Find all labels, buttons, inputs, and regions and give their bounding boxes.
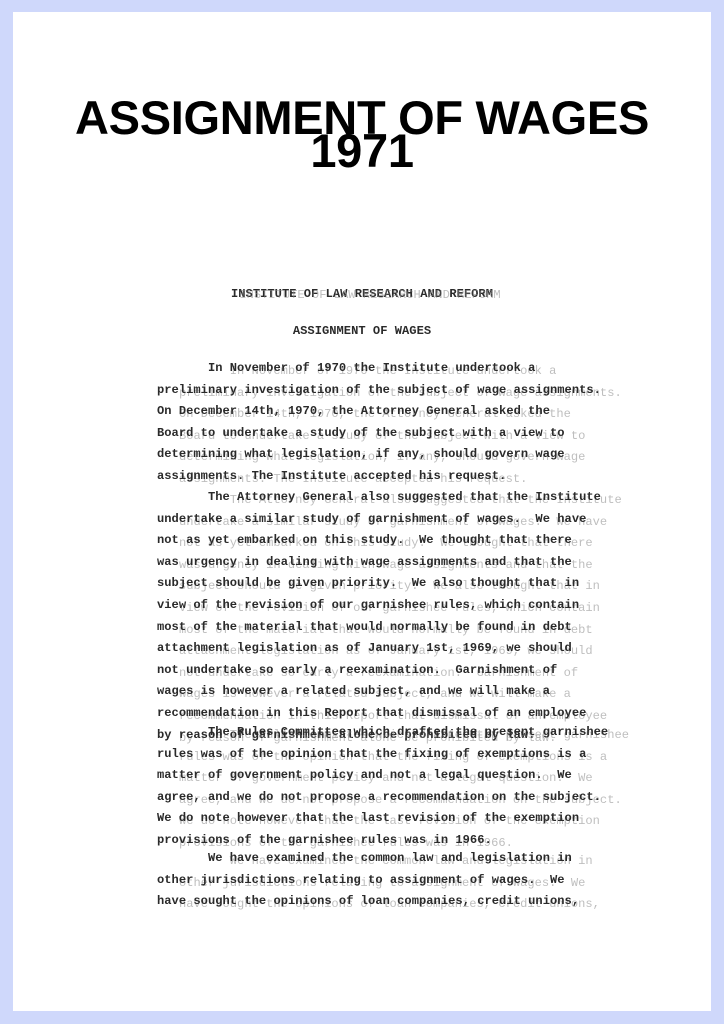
typed-line: Board to undertake a study of the subjec… — [157, 426, 565, 440]
typed-line: agree, and we do not propose a recommend… — [157, 790, 601, 804]
typed-line: The Rules Committee which drafted the pr… — [157, 725, 608, 739]
typed-line: wages is however a related subject, and … — [157, 684, 550, 698]
typed-line: We have examined the common law and legi… — [157, 851, 572, 865]
typed-line: not as yet embarked on this study. We th… — [157, 533, 572, 547]
typed-line: attachment legislation as of January 1st… — [157, 641, 572, 655]
typed-line: undertake a similar study of garnishment… — [157, 512, 586, 526]
typed-line: The Attorney General also suggested that… — [157, 490, 601, 504]
typed-line: assignments. The Institute accepted his … — [157, 469, 506, 483]
typed-line: On December 14th, 1970, the Attorney Gen… — [157, 404, 550, 418]
typed-line: was urgency in dealing with wage assignm… — [157, 555, 572, 569]
typed-line: In November of 1970 the Institute undert… — [157, 361, 535, 375]
typed-line: preliminary investigation of the subject… — [157, 383, 601, 397]
document-heading: ASSIGNMENT OF WAGES — [0, 324, 724, 338]
typed-line: determining what legislation, if any, sh… — [157, 447, 565, 461]
typed-line: subject should be given priority. We als… — [157, 576, 579, 590]
typed-line: We do note however that the last revisio… — [157, 811, 579, 825]
typed-line: recommendation in this Report that dismi… — [157, 706, 586, 720]
institution-name-ghost: INSTITUTE OF LAW RESEARCH AND REFORM — [8, 288, 724, 302]
typed-line: other jurisdictions relating to assignme… — [157, 873, 565, 887]
scanned-document: INSTITUTE OF LAW RESEARCH AND REFORM INS… — [0, 0, 724, 1024]
typed-line: rules was of the opinion that the fixing… — [157, 747, 586, 761]
typed-line: have sought the opinions of loan compani… — [157, 894, 579, 908]
typed-line: view of the revision of our garnishee ru… — [157, 598, 579, 612]
typed-line: matter of government policy and not a le… — [157, 768, 572, 782]
typed-line: not undertake so early a reexamination. … — [157, 663, 557, 677]
typed-line: provisions of the garnishee rules was in… — [157, 833, 492, 847]
typed-line: most of the material that would normally… — [157, 620, 572, 634]
